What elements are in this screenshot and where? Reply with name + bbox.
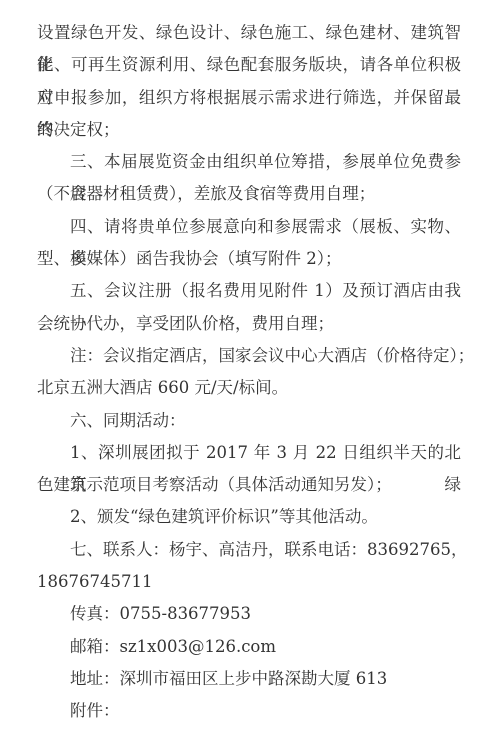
section-five-line: 会统一代办，享受团队价格，费用自理； (37, 308, 461, 340)
text-line: 的决定权； (37, 114, 461, 146)
address-line: 地址：深圳市福田区上步中路深勘大厦 613 (37, 663, 461, 695)
document-page: 设置绿色开发、绿色设计、绿色施工、绿色建材、建筑智能 化、可再生资源利用、绿色配… (37, 17, 461, 728)
activity-two-line: 2、颁发“绿色建筑评价标识”等其他活动。 (37, 501, 461, 533)
section-five-line: 五、会议注册（报名费用见附件 1）及预订酒店由我协 (37, 275, 461, 307)
hotel-note-line: 注：会议指定酒店，国家会议中心大酒店（价格待定）； (37, 340, 461, 372)
text-line: 设置绿色开发、绿色设计、绿色施工、绿色建材、建筑智能 (37, 17, 461, 49)
fax-value: 0755-83677953 (120, 604, 252, 623)
contact-person-line: 七、联系人：杨宇、高洁丹，联系电话：83692765， (37, 534, 461, 566)
section-six-heading: 六、同期活动： (37, 405, 461, 437)
section-three-line: （不含器材租赁费），差旅及食宿等费用自理； (37, 178, 461, 210)
section-four-line: 型、多媒体）函告我协会（填写附件 2）； (37, 243, 461, 275)
section-four-line: 四、请将贵单位参展意向和参展需求（展板、实物、模 (37, 211, 461, 243)
address-label: 地址： (70, 669, 120, 688)
fax-line: 传真：0755-83677953 (37, 598, 461, 630)
address-value: 深圳市福田区上步中路深勘大厦 613 (120, 669, 388, 688)
attachments-line: 附件： (37, 695, 461, 727)
text-line: 应申报参加，组织方将根据展示需求进行筛选，并保留最终 (37, 82, 461, 114)
hotel-note-line: 北京五洲大酒店 660 元/天/标间。 (37, 372, 461, 404)
text-line: 化、可再生资源利用、绿色配套服务版块，请各单位积极对 (37, 49, 461, 81)
section-three-line: 三、本届展览资金由组织单位筹措，参展单位免费参展 (37, 146, 461, 178)
fax-label: 传真： (70, 604, 120, 623)
activity-one-line: 1、深圳展团拟于 2017 年 3 月 22 日组织半天的北京绿 (37, 437, 461, 469)
email-value: sz1x003@126.com (120, 637, 277, 656)
email-label: 邮箱： (70, 637, 120, 656)
email-line: 邮箱：sz1x003@126.com (37, 631, 461, 663)
contact-phone-line: 18676745711 (37, 566, 461, 598)
attachments-label: 附件： (70, 701, 120, 720)
